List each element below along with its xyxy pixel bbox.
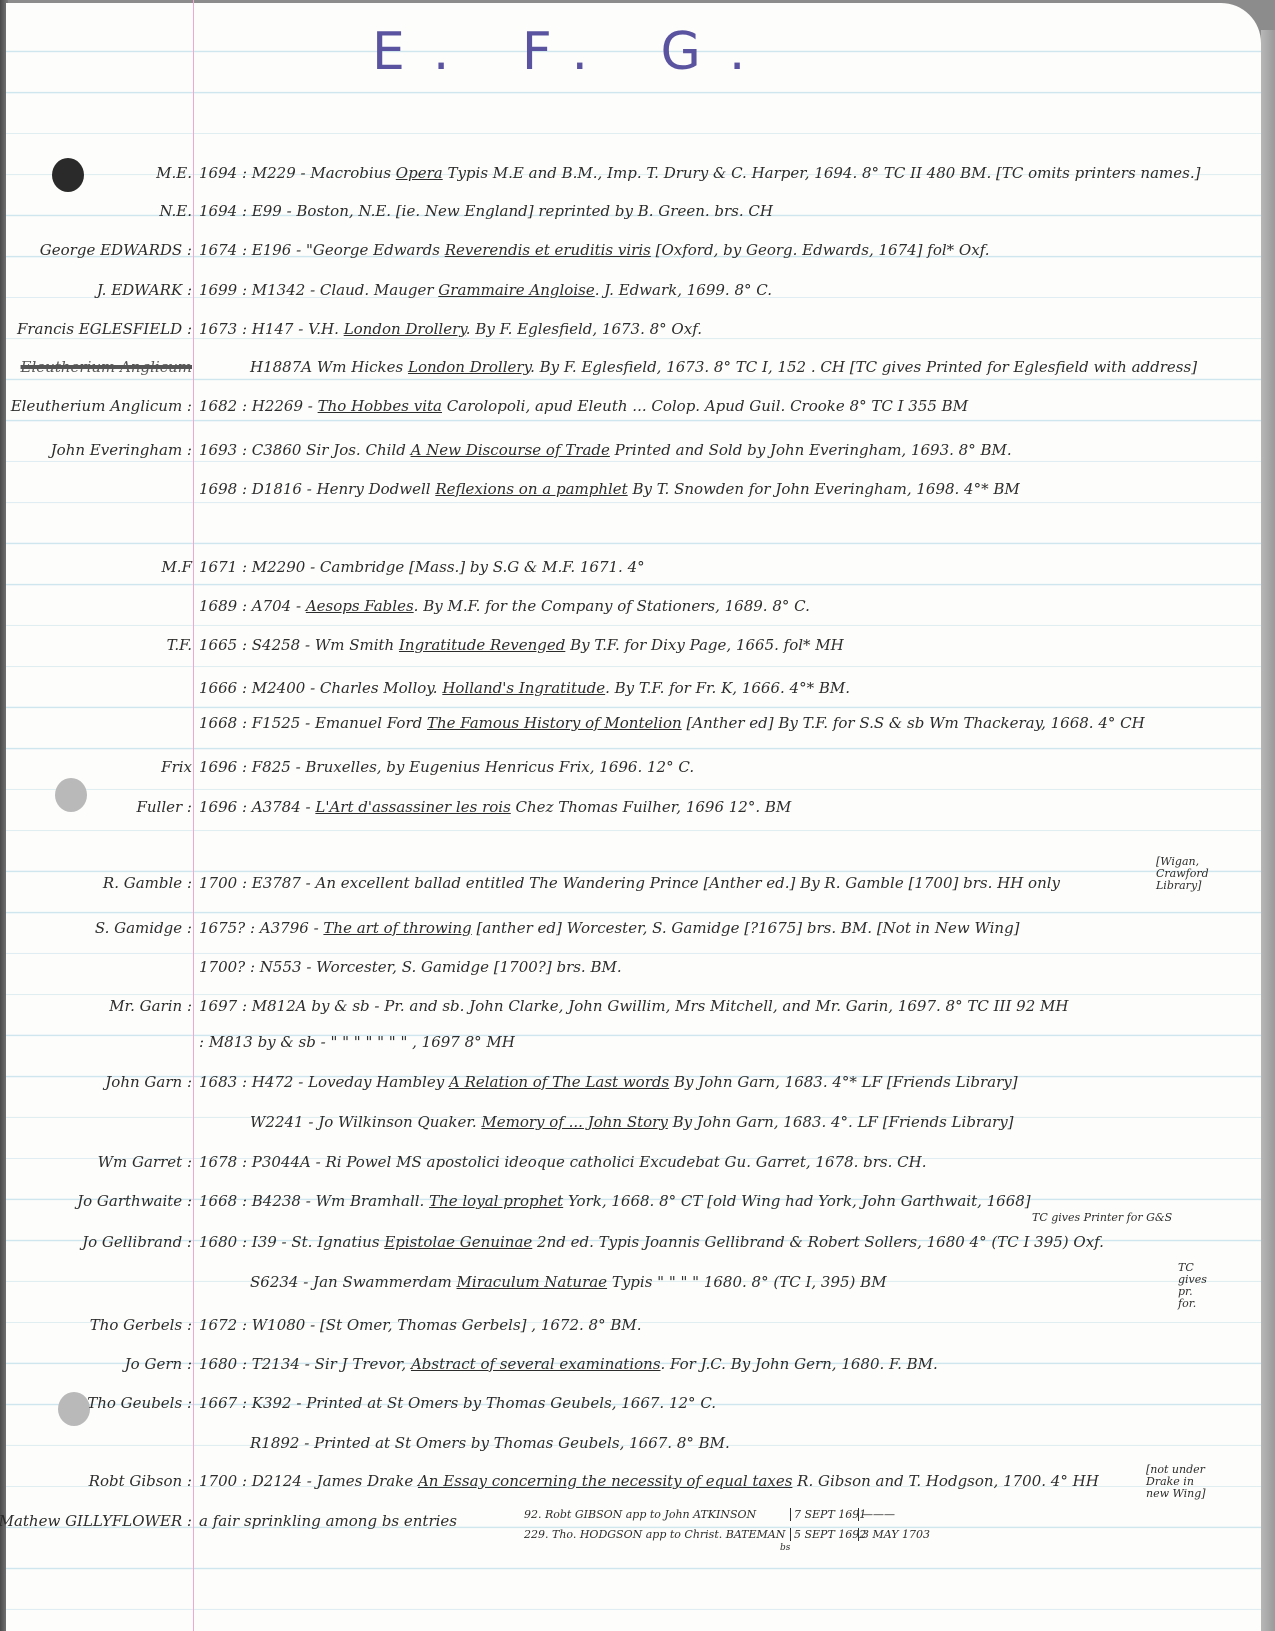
book-title: Reflexions on a pamphlet [435,480,627,498]
entry-text: 1673 : H147 - V.H. [199,320,344,338]
entry-label: M.F [161,558,192,576]
book-title: Aesops Fables [306,597,414,615]
entry-row: 1696 : F825 - Bruxelles, by Eugenius Hen… [199,758,694,776]
freedom-date: 3 MAY 1703 [858,1528,930,1541]
entry-row: 1680 : I39 - St. Ignatius Epistolae Genu… [199,1233,1104,1251]
entry-text: W2241 - Jo Wilkinson Quaker. [250,1113,481,1131]
book-title: The loyal prophet [429,1192,563,1210]
entry-text: 1697 : M812A by & sb - Pr. and sb. John … [199,997,1068,1015]
entry-row: : M813 by & sb - " " " " " " " , 1697 8°… [199,1033,515,1051]
punch-hole-icon [52,158,84,192]
apprentice-record: 92. Robt GIBSON app to John ATKINSON [524,1508,756,1521]
margin-note: TC gives Printer for G&S [1032,1212,1172,1224]
entry-text: 1674 : E196 - "George Edwards [199,241,445,259]
entry-text: By T. Snowden for John Everingham, 1698.… [628,480,1020,498]
entry-text: a fair sprinkling among bs entries [199,1512,457,1530]
entry-row: 1666 : M2400 - Charles Molloy. Holland's… [199,679,850,697]
entry-text: By John Garn, 1683. 4°* LF [Friends Libr… [669,1073,1017,1091]
entry-label: Fuller : [136,798,192,816]
entry-text: 1682 : H2269 - [199,397,318,415]
book-title: The Famous History of Montelion [427,714,682,732]
entry-text: 1668 : B4238 - Wm Bramhall. [199,1192,429,1210]
book-title: Miraculum Naturae [457,1273,608,1291]
apprentice-sub-note: bs [780,1543,790,1553]
entry-row: S6234 - Jan Swammerdam Miraculum Naturae… [250,1273,887,1291]
entry-label: R. Gamble : [103,874,192,892]
entry-text: 2nd ed. Typis Joannis Gellibrand & Rober… [532,1233,1104,1251]
entry-label: Jo Gellibrand : [82,1233,192,1251]
entry-row: 1696 : A3784 - L'Art d'assassiner les ro… [199,798,791,816]
punch-hole-icon [55,778,87,812]
entry-text: Carolopoli, apud Eleuth ... Colop. Apud … [442,397,968,415]
book-title: A New Discourse of Trade [411,441,610,459]
book-title: London Drollery [408,358,530,376]
entry-text: 1683 : H472 - Loveday Hambley [199,1073,449,1091]
entry-label: Jo Garthwaite : [77,1192,192,1210]
entry-label: S. Gamidge : [95,919,192,937]
entry-text: . By M.F. for the Company of Stationers,… [414,597,810,615]
entry-text: R1892 - Printed at St Omers by Thomas Ge… [250,1434,730,1452]
book-title: Grammaire Angloise [438,281,594,299]
entry-row: 1683 : H472 - Loveday Hambley A Relation… [199,1073,1018,1091]
entry-row: 1667 : K392 - Printed at St Omers by Tho… [199,1394,716,1412]
margin-note: [Wigan, Crawford Library] [1156,856,1216,892]
entry-text: 1668 : F1525 - Emanuel Ford [199,714,427,732]
entry-label: J. EDWARK : [97,281,192,299]
book-title: Opera [396,164,443,182]
entry-label: Eleutherium Anglicum : [11,397,192,415]
apprentice-date: 7 SEPT 1691 [790,1508,866,1521]
punch-hole-icon [58,1392,90,1426]
entry-row: a fair sprinkling among bs entries [199,1512,457,1530]
entry-text: York, 1668. 8° CT [old Wing had York, Jo… [563,1192,1030,1210]
entry-row: 1668 : F1525 - Emanuel Ford The Famous H… [199,714,1145,732]
page-title: E. F. G. [372,22,773,82]
entry-label: Wm Garret : [98,1153,192,1171]
entry-label: Frix [161,758,192,776]
entry-label: John Everingham : [51,441,192,459]
apprentice-record: 229. Tho. HODGSON app to Christ. BATEMAN [524,1528,785,1541]
entry-text: 1678 : P3044A - Ri Powel MS apostolici i… [199,1153,926,1171]
entry-row: 1665 : S4258 - Wm Smith Ingratitude Reve… [199,636,844,654]
entry-text: 1696 : F825 - Bruxelles, by Eugenius Hen… [199,758,694,776]
book-title: Abstract of several examinations [411,1355,661,1373]
entry-text: [Oxford, by Georg. Edwards, 1674] fol* O… [651,241,990,259]
entry-text: . J. Edwark, 1699. 8° C. [595,281,772,299]
entry-row: 1698 : D1816 - Henry Dodwell Reflexions … [199,480,1020,498]
entry-row: H1887A Wm Hickes London Drollery. By F. … [250,358,1197,376]
entry-text: 1666 : M2400 - Charles Molloy. [199,679,442,697]
book-title: Holland's Ingratitude [442,679,605,697]
entry-row: 1700? : N553 - Worcester, S. Gamidge [17… [199,958,622,976]
entry-row: 1675? : A3796 - The art of throwing [ant… [199,919,1020,937]
entry-text: 1694 : E99 - Boston, N.E. [ie. New Engla… [199,202,773,220]
entry-text: By John Garn, 1683. 4°. LF [Friends Libr… [668,1113,1014,1131]
entry-row: 1689 : A704 - Aesops Fables. By M.F. for… [199,597,810,615]
entry-text: . For J.C. By John Gern, 1680. F. BM. [661,1355,938,1373]
entry-text: 1696 : A3784 - [199,798,315,816]
entry-label: Eleutherium Anglicum [21,358,192,376]
entry-text: 1672 : W1080 - [St Omer, Thomas Gerbels]… [199,1316,642,1334]
entry-text: 1680 : T2134 - Sir J Trevor, [199,1355,411,1373]
book-title: Epistolae Genuinae [384,1233,532,1251]
book-title: London Drollery [344,320,466,338]
entry-text: Typis M.E and B.M., Imp. T. Drury & C. H… [443,164,1201,182]
entry-row: 1668 : B4238 - Wm Bramhall. The loyal pr… [199,1192,1031,1210]
entry-row: 1694 : E99 - Boston, N.E. [ie. New Engla… [199,202,773,220]
entry-row: 1693 : C3860 Sir Jos. Child A New Discou… [199,441,1012,459]
entry-text: [Anther ed] By T.F. for S.S & sb Wm Thac… [682,714,1145,732]
entry-row: 1682 : H2269 - Tho Hobbes vita Carolopol… [199,397,968,415]
entry-text: R. Gibson and T. Hodgson, 1700. 4° HH [792,1472,1098,1490]
book-title: Tho Hobbes vita [318,397,442,415]
entry-row: 1678 : P3044A - Ri Powel MS apostolici i… [199,1153,926,1171]
entry-label: John Garn : [105,1073,192,1091]
entry-text: . By F. Eglesfield, 1673. 8° TC I, 152 .… [530,358,1197,376]
entry-label: Tho Geubels : [87,1394,192,1412]
book-title: An Essay concerning the necessity of equ… [418,1472,792,1490]
entry-label: Jo Gern : [125,1355,192,1373]
book-title: A Relation of The Last words [449,1073,669,1091]
entry-label: Tho Gerbels : [90,1316,192,1334]
book-title: The art of throwing [323,919,471,937]
entry-row: 1673 : H147 - V.H. London Drollery. By F… [199,320,702,338]
entry-text: Typis " " " " 1680. 8° (TC I, 395) BM [607,1273,887,1291]
entry-text: S6234 - Jan Swammerdam [250,1273,457,1291]
entry-row: 1697 : M812A by & sb - Pr. and sb. John … [199,997,1068,1015]
entry-text: 1700 : D2124 - James Drake [199,1472,418,1490]
entry-text: H1887A Wm Hickes [250,358,408,376]
entry-text: . By T.F. for Fr. K, 1666. 4°* BM. [605,679,850,697]
entry-text: 1665 : S4258 - Wm Smith [199,636,399,654]
entry-text: : M813 by & sb - " " " " " " " , 1697 8°… [199,1033,515,1051]
entry-row: 1672 : W1080 - [St Omer, Thomas Gerbels]… [199,1316,642,1334]
entry-row: R1892 - Printed at St Omers by Thomas Ge… [250,1434,730,1452]
freedom-date: ——— [858,1508,895,1521]
entry-text: 1680 : I39 - St. Ignatius [199,1233,384,1251]
page-edge-right [1261,30,1275,1631]
entry-row: 1694 : M229 - Macrobius Opera Typis M.E … [199,164,1200,182]
entry-text: 1698 : D1816 - Henry Dodwell [199,480,435,498]
entry-row: 1700 : D2124 - James Drake An Essay conc… [199,1472,1099,1490]
entry-row: 1674 : E196 - "George Edwards Reverendis… [199,241,989,259]
entry-label: M.E. [156,164,192,182]
entry-text: 1693 : C3860 Sir Jos. Child [199,441,411,459]
entry-text: Printed and Sold by John Everingham, 169… [610,441,1012,459]
margin-line [193,0,194,1631]
entry-row: 1700 : E3787 - An excellent ballad entit… [199,874,1060,892]
book-title: L'Art d'assassiner les rois [315,798,510,816]
entry-text: Chez Thomas Fuilher, 1696 12°. BM [511,798,792,816]
margin-note: TC gives pr. for. [1178,1262,1214,1310]
entry-text: 1667 : K392 - Printed at St Omers by Tho… [199,1394,716,1412]
entry-text: 1700 : E3787 - An excellent ballad entit… [199,874,1060,892]
entry-label: Mathew GILLYFLOWER : [0,1512,192,1530]
entry-text: . By F. Eglesfield, 1673. 8° Oxf. [466,320,702,338]
apprentice-date: 5 SEPT 1692 [790,1528,866,1541]
entry-text: 1689 : A704 - [199,597,306,615]
entry-label: Robt Gibson : [89,1472,192,1490]
margin-note: [not under Drake in new Wing] [1146,1464,1218,1500]
entry-row: 1680 : T2134 - Sir J Trevor, Abstract of… [199,1355,938,1373]
entry-row: W2241 - Jo Wilkinson Quaker. Memory of .… [250,1113,1014,1131]
book-title: Memory of ... John Story [481,1113,667,1131]
entry-text: [anther ed] Worcester, S. Gamidge [?1675… [472,919,1020,937]
entry-text: By T.F. for Dixy Page, 1665. fol* MH [565,636,843,654]
book-title: Ingratitude Revenged [399,636,565,654]
entry-text: 1700? : N553 - Worcester, S. Gamidge [17… [199,958,622,976]
entry-label: Francis EGLESFIELD : [17,320,192,338]
entry-label: George EDWARDS : [40,241,192,259]
entry-text: 1699 : M1342 - Claud. Mauger [199,281,438,299]
entry-row: 1699 : M1342 - Claud. Mauger Grammaire A… [199,281,772,299]
entry-label: Mr. Garin : [109,997,192,1015]
entry-label: N.E. [159,202,192,220]
entry-text: 1675? : A3796 - [199,919,323,937]
book-title: Reverendis et eruditis viris [445,241,651,259]
entry-text: 1694 : M229 - Macrobius [199,164,396,182]
entry-label: T.F. [167,636,192,654]
entry-row: 1671 : M2290 - Cambridge [Mass.] by S.G … [199,558,645,576]
entry-text: 1671 : M2290 - Cambridge [Mass.] by S.G … [199,558,645,576]
